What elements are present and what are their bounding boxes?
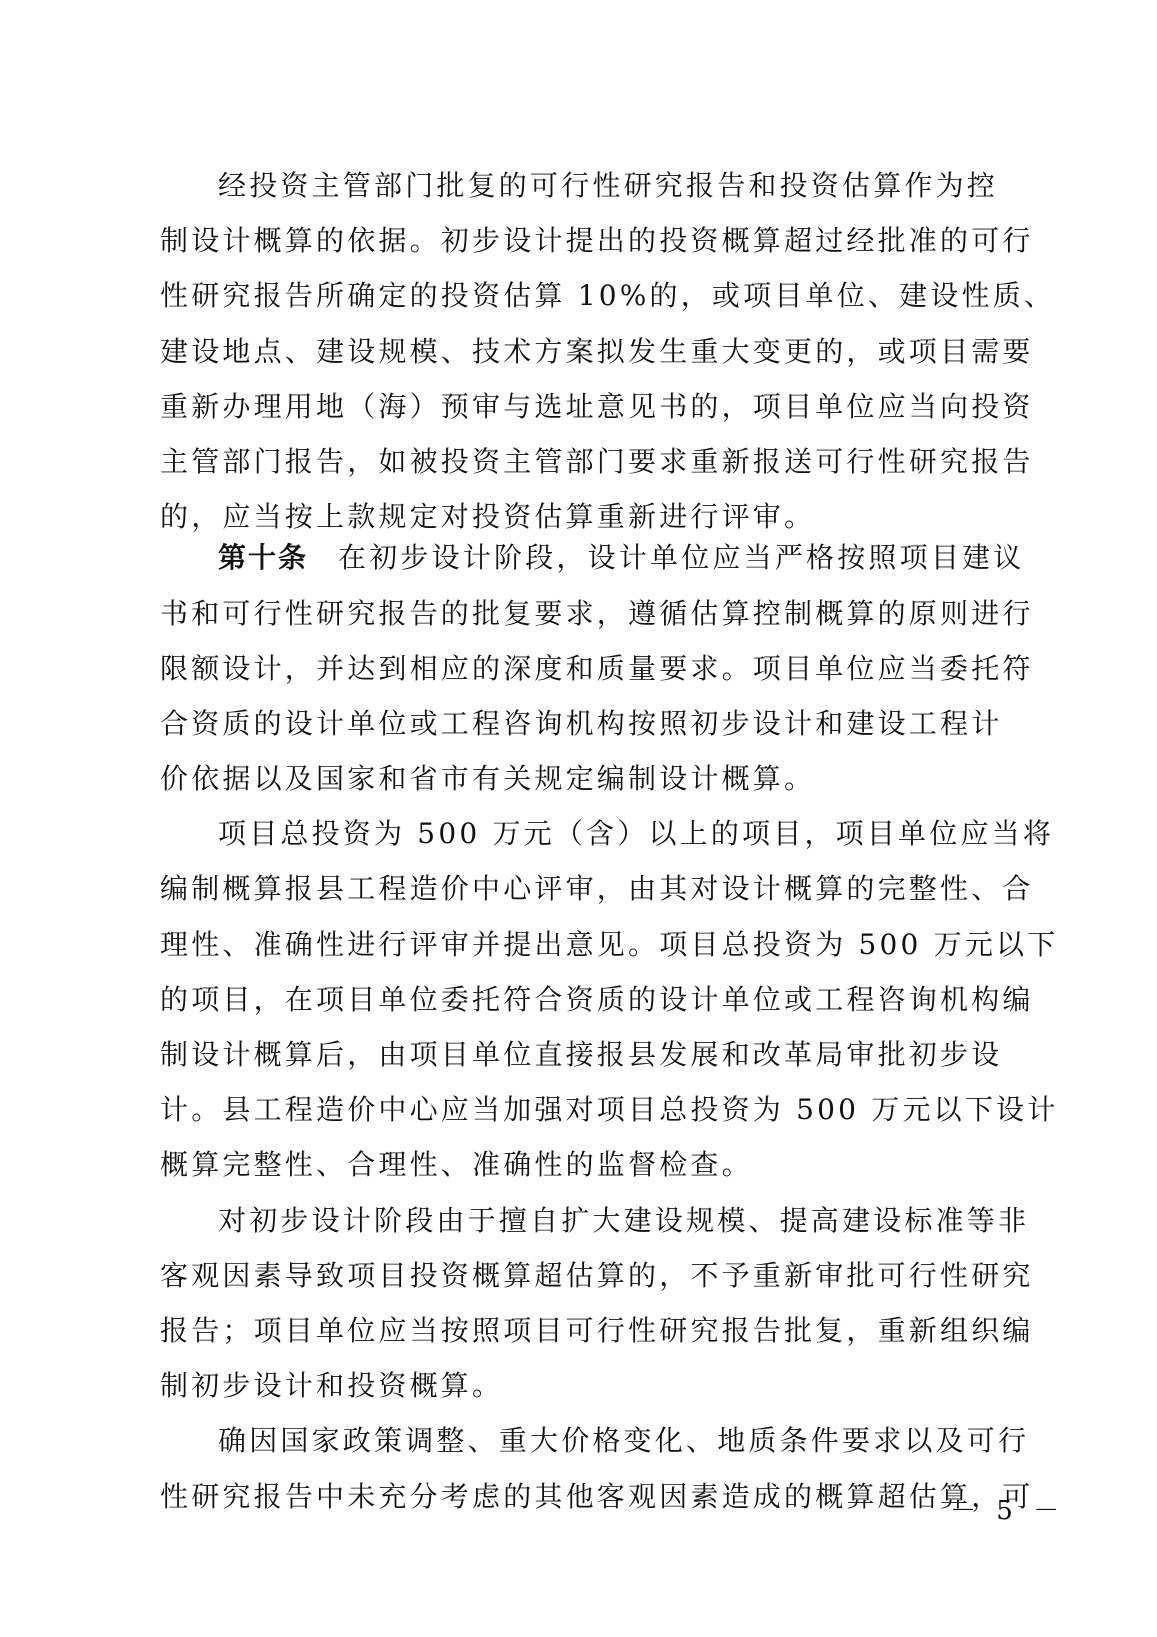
text-line: 主管部门报告，如被投资主管部门要求重新报送可行性研究报告 [160, 434, 980, 489]
text-line: 项目总投资为 500 万元（含）以上的项目，项目单位应当将 [160, 806, 980, 861]
text-line: 概算完整性、合理性、准确性的监督检查。 [160, 1137, 980, 1192]
paragraph-1: 经投资主管部门批复的可行性研究报告和投资估算作为控 制设计概算的依据。初步设计提… [160, 158, 980, 544]
text-line: 的项目，在项目单位委托符合资质的设计单位或工程咨询机构编 [160, 972, 980, 1027]
text-line: 编制概算报县工程造价中心评审，由其对设计概算的完整性、合 [160, 861, 980, 916]
text-line: 经投资主管部门批复的可行性研究报告和投资估算作为控 [160, 158, 980, 213]
text-line: 性研究报告所确定的投资估算 10%的，或项目单位、建设性质、 [160, 268, 980, 323]
text-line: 制设计概算后，由项目单位直接报县发展和改革局审批初步设 [160, 1027, 980, 1082]
text-line: 限额设计，并达到相应的深度和质量要求。项目单位应当委托符 [160, 641, 980, 696]
text-line: 重新办理用地（海）预审与选址意见书的，项目单位应当向投资 [160, 379, 980, 434]
document-page: 经投资主管部门批复的可行性研究报告和投资估算作为控 制设计概算的依据。初步设计提… [160, 158, 980, 1524]
page-number: － 5 － [950, 1490, 1065, 1527]
text-line: 客观因素导致项目投资概算超估算的，不予重新审批可行性研究 [160, 1248, 980, 1303]
paragraph-3: 项目总投资为 500 万元（含）以上的项目，项目单位应当将 编制概算报县工程造价… [160, 806, 980, 1192]
text-line: 制初步设计和投资概算。 [160, 1358, 980, 1413]
text-line: 理性、准确性进行评审并提出意见。项目总投资为 500 万元以下 [160, 917, 980, 972]
article-10-paragraph: 第十条在初步设计阶段，设计单位应当严格按照项目建议 书和可行性研究报告的批复要求… [160, 530, 980, 806]
text-line: 性研究报告中未充分考虑的其他客观因素造成的概算超估算，可 [160, 1469, 980, 1524]
text-line: 计。县工程造价中心应当加强对项目总投资为 500 万元以下设计 [160, 1082, 980, 1137]
text-line: 第十条在初步设计阶段，设计单位应当严格按照项目建议 [160, 530, 980, 585]
text-line: 合资质的设计单位或工程咨询机构按照初步设计和建设工程计 [160, 696, 980, 751]
article-label: 第十条 [218, 541, 308, 574]
text-line: 书和可行性研究报告的批复要求，遵循估算控制概算的原则进行 [160, 586, 980, 641]
article-first-line: 在初步设计阶段，设计单位应当严格按照项目建议 [338, 541, 1024, 574]
text-line: 建设地点、建设规模、技术方案拟发生重大变更的，或项目需要 [160, 324, 980, 379]
text-line: 报告；项目单位应当按照项目可行性研究报告批复，重新组织编 [160, 1303, 980, 1358]
text-line: 价依据以及国家和省市有关规定编制设计概算。 [160, 751, 980, 806]
text-line: 制设计概算的依据。初步设计提出的投资概算超过经批准的可行 [160, 213, 980, 268]
text-line: 确因国家政策调整、重大价格变化、地质条件要求以及可行 [160, 1413, 980, 1468]
paragraph-4: 对初步设计阶段由于擅自扩大建设规模、提高建设标准等非 客观因素导致项目投资概算超… [160, 1193, 980, 1414]
paragraph-5: 确因国家政策调整、重大价格变化、地质条件要求以及可行 性研究报告中未充分考虑的其… [160, 1413, 980, 1523]
text-line: 对初步设计阶段由于擅自扩大建设规模、提高建设标准等非 [160, 1193, 980, 1248]
